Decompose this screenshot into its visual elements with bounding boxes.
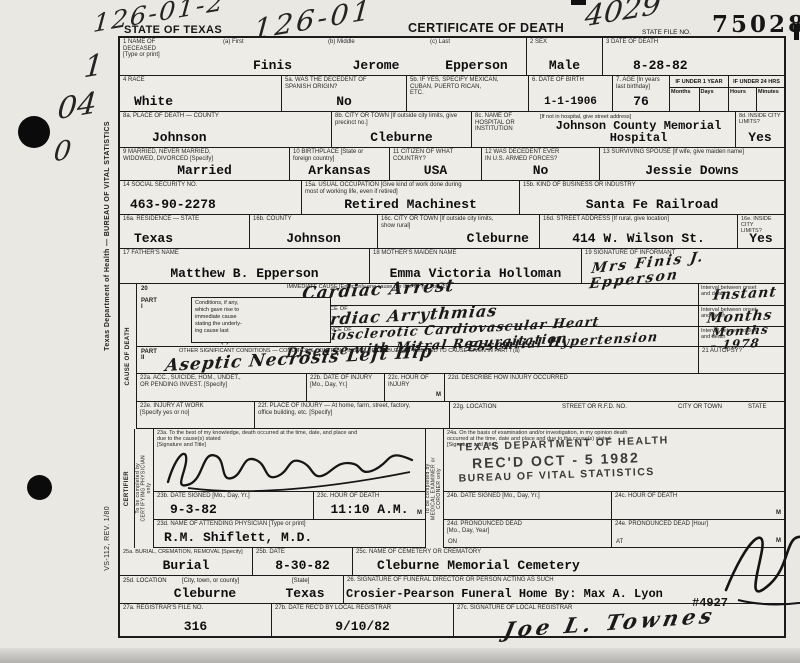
field-25b-value: 8-30-82 <box>253 559 352 573</box>
field-22c-hour-of-injury: 22c. HOUR OF INJURY M <box>385 374 445 401</box>
pencil-annotation-district: 126-01-2 <box>95 0 223 26</box>
physician-note-text: To be completed by CERTIFYING PHYSICIAN … <box>136 455 153 522</box>
field-8b-label: 8b. CITY OR TOWN [If outside city limits… <box>335 113 470 126</box>
field-22a-manner: 22a. ACC., SUICIDE, HOM., UNDET., OR PEN… <box>137 374 307 401</box>
row-injury-2: 22e. INJURY AT WORK [Specify yes or no] … <box>137 402 784 429</box>
field-13-surviving-spouse: 13 SURVIVING SPOUSE [If wife, give maide… <box>600 148 784 180</box>
field-27b-value: 9/10/82 <box>272 620 453 634</box>
field-8b-value: Cleburne <box>332 131 471 145</box>
field-2-value: Male <box>527 59 602 73</box>
state-of-texas-label: STATE OF TEXAS <box>124 24 222 36</box>
field-16c-value: Cleburne <box>467 232 529 246</box>
scan-mark-top <box>571 0 586 5</box>
state-file-number: 75028 <box>712 11 800 38</box>
field-11-citizen: 11 CITIZEN OF WHAT COUNTRY? USA <box>390 148 482 180</box>
field-16d-street-address: 16d. STREET ADDRESS [If rural, give loca… <box>540 215 738 248</box>
pencil-tally-2: 04 <box>58 92 96 122</box>
field-19-informant-signature: 19 SIGNATURE OF INFORMANT Mrs Finis J. E… <box>582 249 784 283</box>
field-24c-m: M <box>776 510 781 516</box>
field-3-date-of-death: 3 DATE OF DEATH 8-28-82 <box>603 38 784 75</box>
field-22g-city-header: CITY OR TOWN <box>678 404 722 410</box>
group-if-under-24-hrs: IF UNDER 24 HRS Hours Minutes <box>729 76 784 111</box>
cause-of-death-side-strip: CAUSE OF DEATH <box>120 284 137 429</box>
cause-of-death-side-label: CAUSE OF DEATH <box>125 327 132 386</box>
field-24d-pronounced-dead-date: 24d. PRONOUNCED DEAD [Mo., Day, Year] ON <box>444 520 612 547</box>
pencil-tally-3: 0 <box>54 138 71 165</box>
field-24d-label: 24d. PRONOUNCED DEAD [Mo., Day, Year] <box>447 521 610 534</box>
field-22e-injury-at-work: 22e. INJURY AT WORK [Specify yes or no] <box>137 402 255 428</box>
months-column: Months <box>670 88 700 111</box>
field-17-fathers-name: 17 FATHER'S NAME Matthew B. Epperson <box>120 249 370 283</box>
field-15a-label: 15a. USUAL OCCUPATION [Give kind of work… <box>305 182 518 195</box>
field-25d-state-header: [State] <box>292 578 309 584</box>
field-22b-date-of-injury: 22b. DATE OF INJURY [Mo., Day, Yr.] <box>307 374 385 401</box>
certifying-physician-signature <box>160 440 418 492</box>
field-1-name-of-deceased: 1 NAME OF DECEASED [Type or print] <box>120 38 220 75</box>
field-5b-specify-origin: 5b. IF YES, SPECIFY MEXICAN, CUBAN, PUER… <box>407 76 529 111</box>
field-23c-m: M <box>417 510 422 516</box>
under-1-year-columns: Months Days <box>670 88 728 111</box>
field-5a-value: No <box>282 95 406 109</box>
field-27b-label: 27b. DATE REC'D BY LOCAL REGISTRAR <box>275 605 452 612</box>
field-14-value: 463-90-2278 <box>130 198 301 212</box>
field-23c-hour-of-death: 23c. HOUR OF DEATH 11:10 A.M. M <box>314 492 426 519</box>
certifier-side-strip: CERTIFIER <box>120 429 135 548</box>
row-registrar: 27a. REGISTRAR'S FILE NO. 316 27b. DATE … <box>120 604 784 636</box>
field-8d-value: Yes <box>736 131 784 145</box>
field-10-birthplace: 10 BIRTHPLACE [State or foreign country]… <box>290 148 390 180</box>
row-24b-24c: 24b. DATE SIGNED [Mo., Day, Yr.] 24c. HO… <box>444 492 784 520</box>
field-16a-label: 16a. RESIDENCE — STATE <box>123 216 248 223</box>
field-1a-label: (a) First <box>223 39 324 46</box>
certificate-title: CERTIFICATE OF DEATH <box>408 21 564 35</box>
field-22g-label: 22g. LOCATION <box>453 404 497 410</box>
field-25a-burial: 25a. BURIAL, CREMATION, REMOVAL [Specify… <box>120 548 253 575</box>
field-1b-middle-name: (b) Middle Jerome <box>325 38 427 75</box>
field-22b-label: 22b. DATE OF INJURY [Mo., Day, Yr.] <box>310 375 383 388</box>
field-9-label: 9 MARRIED, NEVER MARRIED, WIDOWED, DIVOR… <box>123 149 288 162</box>
group-if-under-1-year: IF UNDER 1 YEAR Months Days <box>670 76 729 111</box>
field-20-number: 20 <box>141 286 148 292</box>
row-place-of-death: 8a. PLACE OF DEATH — COUNTY Johnson 8b. … <box>120 112 784 148</box>
field-27a-label: 27a. REGISTRAR'S FILE NO. <box>123 605 270 612</box>
field-2-sex: 2 SEX Male <box>527 38 603 75</box>
field-22e-label: 22e. INJURY AT WORK [Specify yes or no] <box>140 403 253 416</box>
field-6-value: 1-1-1906 <box>529 97 612 109</box>
field-1c-value: Epperson <box>427 59 526 73</box>
row-race-birth: 4 RACE White 5a. WAS THE DECEDENT OF SPA… <box>120 76 784 112</box>
field-4-race: 4 RACE White <box>120 76 282 111</box>
field-8d-inside-city-limits: 8d. INSIDE CITY LIMITS? Yes <box>736 112 784 147</box>
field-5b-label: 5b. IF YES, SPECIFY MEXICAN, CUBAN, PUER… <box>410 77 527 97</box>
field-27a-registrar-file-no: 27a. REGISTRAR'S FILE NO. 316 <box>120 604 272 636</box>
field-16d-label: 16d. STREET ADDRESS [If rural, give loca… <box>543 216 736 223</box>
field-24b-label: 24b. DATE SIGNED [Mo., Day, Yr.] <box>447 493 610 500</box>
agency-vertical-caption: Texas Department of Health — BUREAU OF V… <box>100 38 115 434</box>
field-8a-county: 8a. PLACE OF DEATH — COUNTY Johnson <box>120 112 332 147</box>
field-1b-label: (b) Middle <box>328 39 426 46</box>
field-16b-value: Johnson <box>250 232 377 246</box>
interval-a-cell: Interval between onset and death Instant <box>698 284 784 306</box>
field-15b-industry: 15b. KIND OF BUSINESS OR INDUSTRY Santa … <box>520 181 784 214</box>
row-injury-1: 22a. ACC., SUICIDE, HOM., UNDET., OR PEN… <box>137 374 784 402</box>
field-25d-location: 25d. LOCATION [City, town, or county] [S… <box>120 576 344 603</box>
death-certificate-form: 1 NAME OF DECEASED [Type or print] (a) F… <box>118 36 786 638</box>
pencil-annotation-file: 4029 <box>586 0 660 25</box>
field-23b-date-signed: 23b. DATE SIGNED [Mo., Day, Yr.] 9-3-82 <box>154 492 314 519</box>
field-15a-occupation: 15a. USUAL OCCUPATION [Give kind of work… <box>302 181 520 214</box>
field-23c-value: 11:10 A.M. <box>314 503 425 517</box>
days-column: Days <box>700 88 729 111</box>
field-25b-date: 25b. DATE 8-30-82 <box>253 548 353 575</box>
field-18-value: Emma Victoria Holloman <box>370 267 581 281</box>
field-6-date-of-birth: 6. DATE OF BIRTH 1-1-1906 <box>529 76 613 111</box>
certifier-side-label: CERTIFIER <box>124 471 131 506</box>
field-1a-first-name: (a) First Finis <box>220 38 325 75</box>
field-27a-value: 316 <box>120 620 271 634</box>
field-23d-attending-physician: 23d. NAME OF ATTENDING PHYSICIAN [Type o… <box>154 520 426 548</box>
physician-note-strip: To be completed by CERTIFYING PHYSICIAN … <box>135 429 154 548</box>
field-24c-hour-of-death: 24c. HOUR OF DEATH M <box>612 492 784 519</box>
field-8a-value: Johnson <box>152 131 331 145</box>
section-certifier: CERTIFIER To be completed by CERTIFYING … <box>120 429 784 548</box>
field-16a-residence-state: 16a. RESIDENCE — STATE Texas <box>120 215 250 248</box>
form-code-caption: VS-112, REV. 1/80 <box>100 442 115 634</box>
field-23a-certification: 23a. To the best of my knowledge, death … <box>154 429 426 492</box>
field-5a-label: 5a. WAS THE DECEDENT OF SPANISH ORIGIN? <box>285 77 405 90</box>
row-location-funeral-director: 25d. LOCATION [City, town, or county] [S… <box>120 576 784 604</box>
part-2-content: OTHER SIGNIFICANT CONDITIONS — CONDITION… <box>179 347 698 373</box>
minutes-column: Minutes <box>757 88 784 111</box>
physician-column: 23a. To the best of my knowledge, death … <box>154 429 426 548</box>
interval-c-handwriting: Months – 1978 <box>709 323 769 351</box>
field-7-label: 7. AGE [In years last birthday] <box>616 77 668 90</box>
field-14-social-security: 14 SOCIAL SECURITY NO. 463-90-2278 <box>120 181 302 214</box>
field-5a-spanish-origin: 5a. WAS THE DECEDENT OF SPANISH ORIGIN? … <box>282 76 407 111</box>
field-25b-label: 25b. DATE <box>256 549 351 556</box>
examiner-note-strip: To be completed by MEDICAL EXAMINER or C… <box>426 429 444 548</box>
row-23b-23c: 23b. DATE SIGNED [Mo., Day, Yr.] 9-3-82 … <box>154 492 426 520</box>
field-7-value: 76 <box>613 95 669 109</box>
field-8c-label: 8c. NAME OF HOSPITAL OR INSTITUTION <box>475 113 535 133</box>
field-16c-label: 16c. CITY OR TOWN [If outside city limit… <box>381 216 538 229</box>
field-22c-m: M <box>436 392 441 398</box>
funeral-director-signature <box>708 520 800 615</box>
field-8a-label: 8a. PLACE OF DEATH — COUNTY <box>123 113 330 120</box>
conditions-note-box: Conditions, if any, which gave rise to i… <box>191 297 331 343</box>
under-24-hrs-columns: Hours Minutes <box>729 88 784 111</box>
field-23d-value: R.M. Shiflett, M.D. <box>164 531 425 545</box>
field-4-value: White <box>134 95 281 109</box>
field-24b-date-signed: 24b. DATE SIGNED [Mo., Day, Yr.] <box>444 492 612 519</box>
agency-vertical-caption-text: Texas Department of Health — BUREAU OF V… <box>104 121 112 351</box>
section-cause-of-death: CAUSE OF DEATH 20 PART I Conditions, if … <box>120 284 784 429</box>
field-22g-location: 22g. LOCATION STREET OR R.F.D. NO. CITY … <box>450 402 784 428</box>
under-24-hrs-header: IF UNDER 24 HRS <box>729 76 784 88</box>
part-1-immediate-cause: 20 PART I Conditions, if any, which gave… <box>137 284 784 347</box>
field-12-value: No <box>482 164 599 178</box>
part-2-marker: PART II <box>141 349 157 361</box>
field-15b-value: Santa Fe Railroad <box>520 198 784 212</box>
field-6-label: 6. DATE OF BIRTH <box>532 77 611 84</box>
field-13-value: Jessie Downs <box>600 164 784 178</box>
field-23b-value: 9-3-82 <box>170 503 313 517</box>
field-25d-state-value: Texas <box>270 587 340 601</box>
scan-edge-band <box>0 648 800 663</box>
field-22f-label: 22f. PLACE OF INJURY — At home, farm, st… <box>258 403 448 416</box>
field-25d-city-value: Cleburne <box>150 587 260 601</box>
field-15b-label: 15b. KIND OF BUSINESS OR INDUSTRY <box>523 182 783 189</box>
field-22d-how-injury-occurred: 22d. DESCRIBE HOW INJURY OCCURRED <box>445 374 784 401</box>
field-24e-at: AT <box>616 539 623 545</box>
field-8d-label: 8d. INSIDE CITY LIMITS? <box>739 113 783 125</box>
field-9-marital-status: 9 MARRIED, NEVER MARRIED, WIDOWED, DIVOR… <box>120 148 290 180</box>
field-22a-label: 22a. ACC., SUICIDE, HOM., UNDET., OR PEN… <box>140 375 305 388</box>
field-18-label: 18 MOTHER'S MAIDEN NAME <box>373 250 580 257</box>
row-ssn-occupation: 14 SOCIAL SECURITY NO. 463-90-2278 15a. … <box>120 181 784 215</box>
field-2-label: 2 SEX <box>530 39 601 46</box>
field-22d-label: 22d. DESCRIBE HOW INJURY OCCURRED <box>448 375 783 382</box>
field-16d-value: 414 W. Wilson St. <box>540 232 737 246</box>
field-25a-value: Burial <box>120 559 252 573</box>
field-25d-city-header: [City, town, or county] <box>182 578 239 584</box>
field-16b-county: 16b. COUNTY Johnson <box>250 215 378 248</box>
field-17-label: 17 FATHER'S NAME <box>123 250 368 257</box>
examiner-note-text: To be completed by MEDICAL EXAMINER or C… <box>426 457 443 520</box>
interval-a-handwriting: Instant <box>712 285 778 303</box>
received-stamp: TEXAS DEPARTMENT OF HEALTH REC'D OCT - 5… <box>457 434 670 484</box>
field-16b-label: 16b. COUNTY <box>253 216 376 223</box>
field-22g-state-header: STATE <box>748 404 766 410</box>
field-1-label: 1 NAME OF DECEASED [Type or print] <box>123 39 219 59</box>
field-1a-value: Finis <box>220 59 325 73</box>
field-8b-city-or-town: 8b. CITY OR TOWN [If outside city limits… <box>332 112 472 147</box>
row-parents-informant: 17 FATHER'S NAME Matthew B. Epperson 18 … <box>120 249 784 284</box>
pencil-tally-2-text: 04 <box>56 89 97 125</box>
field-22c-label: 22c. HOUR OF INJURY <box>388 375 443 388</box>
cause-of-death-content: 20 PART I Conditions, if any, which gave… <box>137 284 784 429</box>
part-2-other-conditions: PART II OTHER SIGNIFICANT CONDITIONS — C… <box>137 347 784 374</box>
death-certificate-scan: 126-01-2 126-01 STATE OF TEXAS CERTIFICA… <box>0 0 800 663</box>
field-27b-date-received: 27b. DATE REC'D BY LOCAL REGISTRAR 9/10/… <box>272 604 454 636</box>
field-24d-on: ON <box>448 539 457 545</box>
pencil-tally-3-text: 0 <box>53 137 73 167</box>
row-name-sex-date: 1 NAME OF DECEASED [Type or print] (a) F… <box>120 38 784 76</box>
state-file-no-label: STATE FILE NO. <box>642 29 691 36</box>
row-residence: 16a. RESIDENCE — STATE Texas 16b. COUNTY… <box>120 215 784 249</box>
field-3-value: 8-28-82 <box>633 59 784 73</box>
field-25a-label: 25a. BURIAL, CREMATION, REMOVAL [Specify… <box>123 549 251 555</box>
field-23b-label: 23b. DATE SIGNED [Mo., Day, Yr.] <box>157 493 312 500</box>
field-18-mothers-maiden-name: 18 MOTHER'S MAIDEN NAME Emma Victoria Ho… <box>370 249 582 283</box>
field-16c-city: 16c. CITY OR TOWN [If outside city limit… <box>378 215 540 248</box>
field-13-label: 13 SURVIVING SPOUSE [If wife, give maide… <box>603 149 783 156</box>
row-disposition: 25a. BURIAL, CREMATION, REMOVAL [Specify… <box>120 548 784 576</box>
interval-c-cell: Interval between onset and death Months … <box>698 327 784 347</box>
pencil-file-number: 4029 <box>584 0 662 31</box>
field-22g-street-header: STREET OR R.F.D. NO. <box>562 404 627 410</box>
field-10-value: Arkansas <box>290 164 389 178</box>
field-24c-label: 24c. HOUR OF DEATH <box>615 493 783 500</box>
field-3-label: 3 DATE OF DEATH <box>606 39 783 46</box>
field-12-label: 12 WAS DECEDENT EVER IN U.S. ARMED FORCE… <box>485 149 598 162</box>
field-16a-value: Texas <box>134 232 249 246</box>
field-15a-value: Retired Machinest <box>302 198 519 212</box>
field-12-armed-forces: 12 WAS DECEDENT EVER IN U.S. ARMED FORCE… <box>482 148 600 180</box>
field-11-label: 11 CITIZEN OF WHAT COUNTRY? <box>393 149 480 162</box>
pencil-annotation-district-2: 126-01 <box>255 6 372 34</box>
field-17-value: Matthew B. Epperson <box>120 267 369 281</box>
field-23c-label: 23c. HOUR OF DEATH <box>317 493 424 500</box>
field-22f-place-of-injury: 22f. PLACE OF INJURY — At home, farm, st… <box>255 402 450 428</box>
part-1-marker: PART I <box>141 298 157 310</box>
field-24a-certification: 24a. On the basis of examination and/or … <box>444 429 784 492</box>
field-1b-value: Jerome <box>325 59 427 73</box>
field-23d-label: 23d. NAME OF ATTENDING PHYSICIAN [Type o… <box>157 521 424 528</box>
field-7-age: 7. AGE [In years last birthday] 76 <box>613 76 670 111</box>
field-8c-value: Johnson County Memorial Hospital <box>542 120 735 145</box>
field-1c-last-name: (c) Last Epperson <box>427 38 527 75</box>
punch-hole-top <box>18 116 50 148</box>
field-10-label: 10 BIRTHPLACE [State or foreign country] <box>293 149 388 162</box>
field-4-label: 4 RACE <box>123 77 280 84</box>
field-9-value: Married <box>120 164 289 178</box>
under-1-year-header: IF UNDER 1 YEAR <box>670 76 728 88</box>
field-11-value: USA <box>390 164 481 178</box>
hours-column: Hours <box>729 88 757 111</box>
field-14-label: 14 SOCIAL SECURITY NO. <box>123 182 300 189</box>
field-1c-label: (c) Last <box>430 39 525 46</box>
form-code-text: VS-112, REV. 1/80 <box>104 506 112 571</box>
field-25d-label: 25d. LOCATION <box>123 578 167 584</box>
row-marital-birthplace: 9 MARRIED, NEVER MARRIED, WIDOWED, DIVOR… <box>120 148 784 181</box>
field-8c-hospital: 8c. NAME OF HOSPITAL OR INSTITUTION [If … <box>472 112 736 147</box>
punch-hole-bottom <box>27 475 52 500</box>
